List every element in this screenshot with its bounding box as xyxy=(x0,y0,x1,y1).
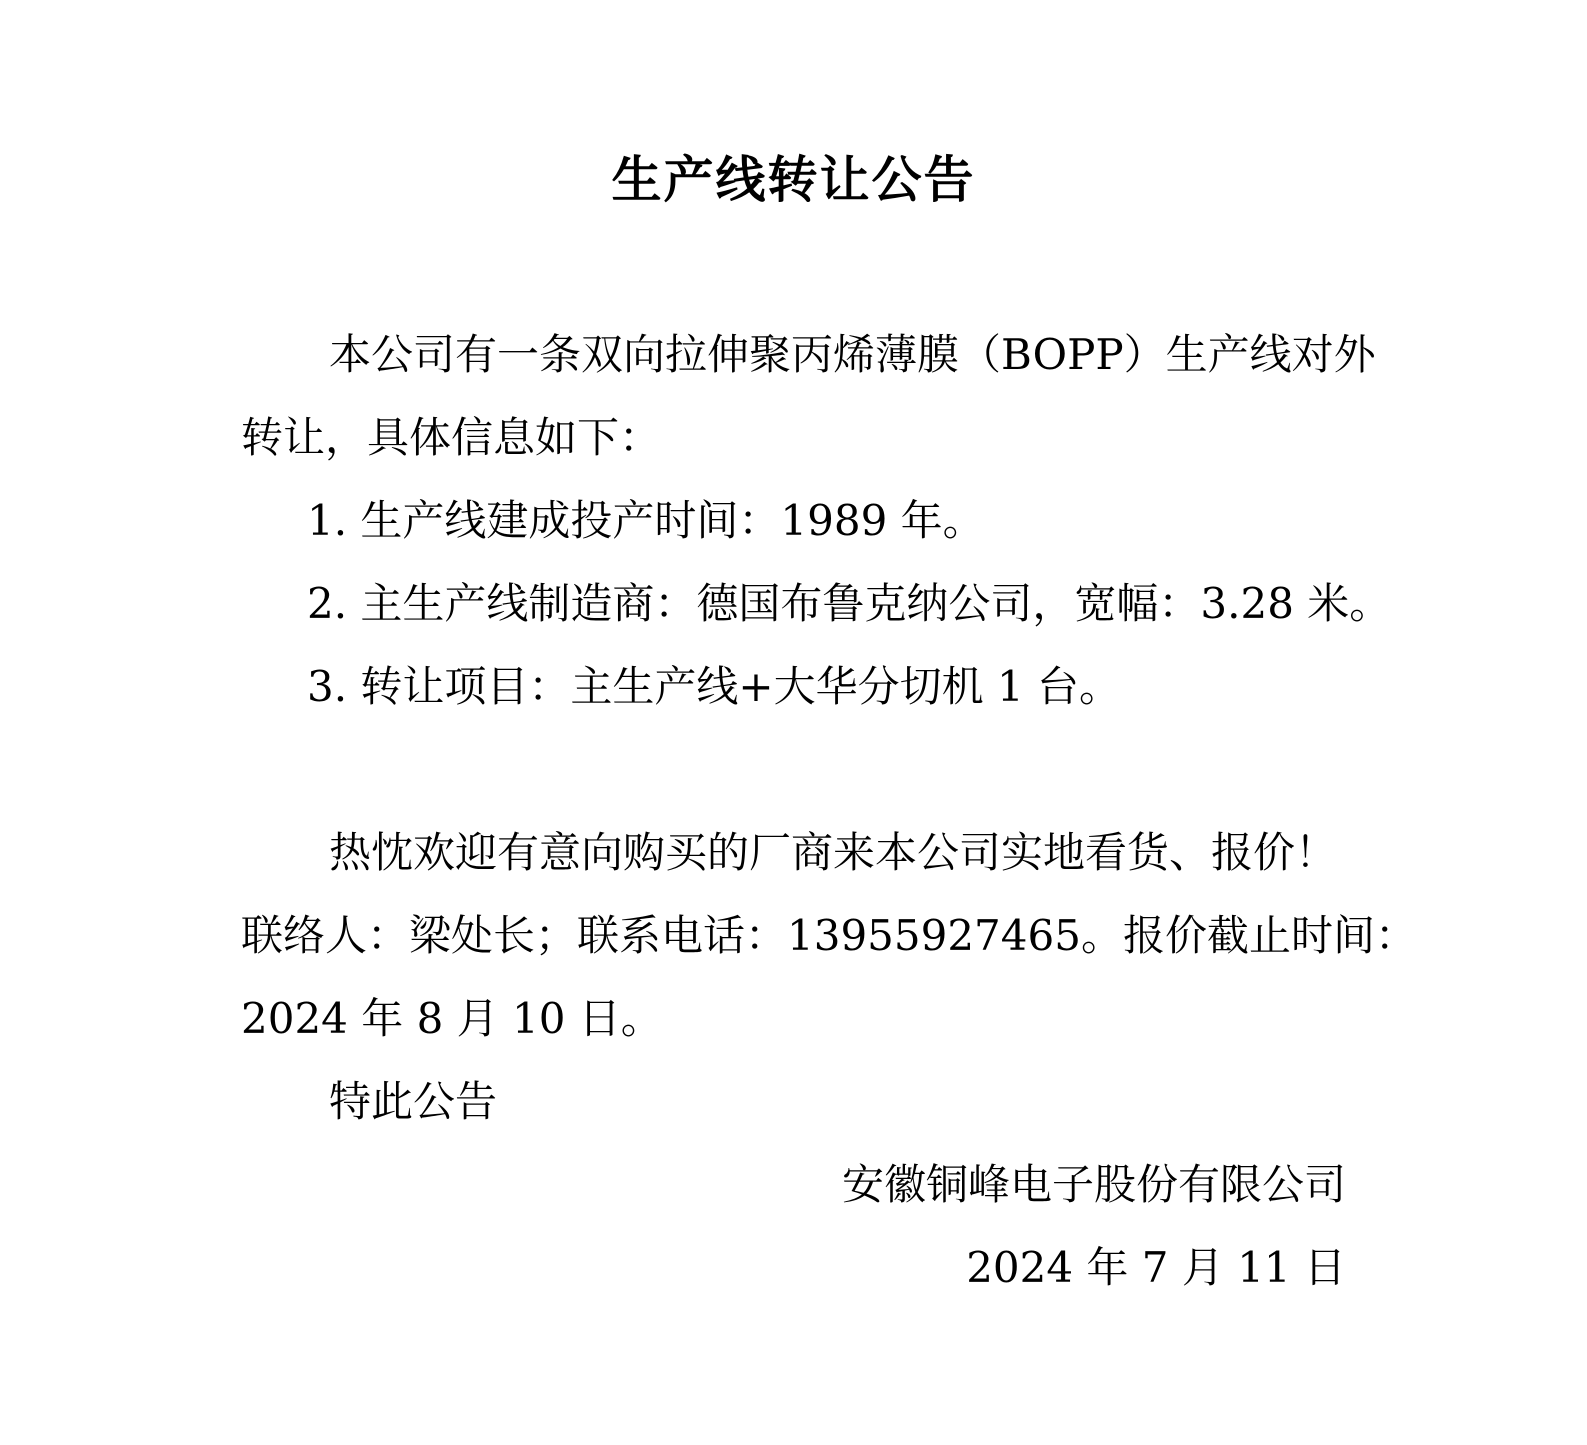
contact-line-1: 热忱欢迎有意向购买的厂商来本公司实地看货、报价！ xyxy=(241,811,1346,894)
signature-company: 安徽铜峰电子股份有限公司 xyxy=(241,1143,1346,1226)
list-item-1: 1. 生产线建成投产时间：1989 年。 xyxy=(241,479,1346,562)
document-title: 生产线转让公告 xyxy=(241,140,1346,220)
announcement-document: 生产线转让公告 本公司有一条双向拉伸聚丙烯薄膜（BOPP）生产线对外 转让，具体… xyxy=(241,140,1346,1309)
contact-line-2: 联络人：梁处长；联系电话：13955927465。报价截止时间： xyxy=(241,894,1346,977)
list-item-2: 2. 主生产线制造商：德国布鲁克纳公司，宽幅：3.28 米。 xyxy=(241,562,1346,645)
contact-line-3: 2024 年 8 月 10 日。 xyxy=(241,977,1346,1060)
intro-line-1: 本公司有一条双向拉伸聚丙烯薄膜（BOPP）生产线对外 xyxy=(241,313,1346,396)
intro-line-2: 转让，具体信息如下： xyxy=(241,396,1346,479)
signature-date: 2024 年 7 月 11 日 xyxy=(241,1226,1346,1309)
closing-line: 特此公告 xyxy=(241,1060,1346,1143)
document-page: 生产线转让公告 本公司有一条双向拉伸聚丙烯薄膜（BOPP）生产线对外 转让，具体… xyxy=(0,0,1587,1445)
list-item-3: 3. 转让项目：主生产线+大华分切机 1 台。 xyxy=(241,645,1346,728)
